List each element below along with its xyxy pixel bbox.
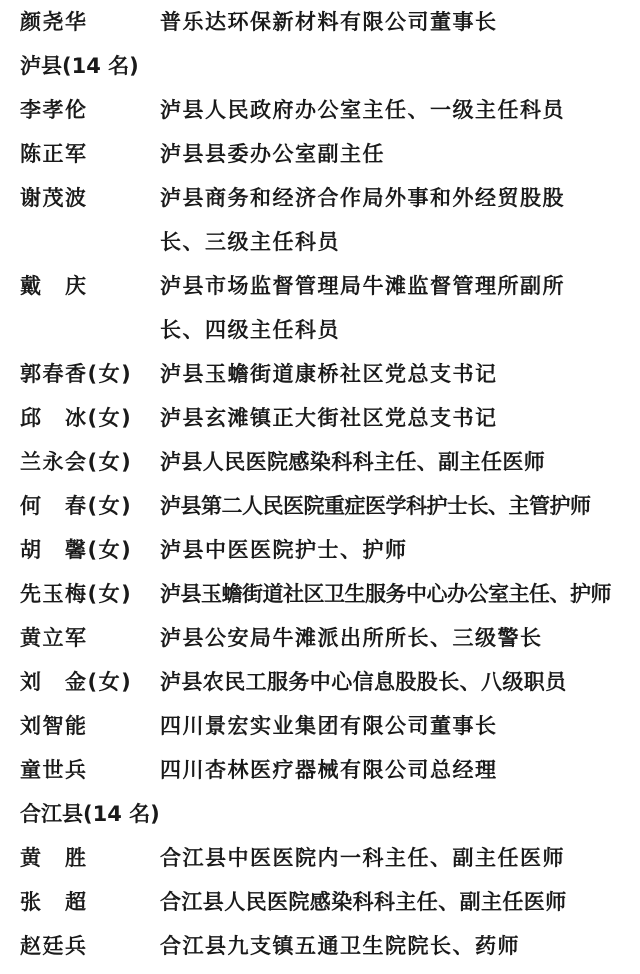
- person-name: 陈正军: [20, 132, 160, 176]
- list-entry: 先玉梅(女) 泸县玉蟾街道社区卫生服务中心办公室主任、护师: [0, 572, 640, 616]
- honoree-list-document: 颜尧华 普乐达环保新材料有限公司董事长 泸县(14 名) 李孝伦 泸县人民政府办…: [0, 0, 640, 968]
- person-name: 胡 馨(女): [20, 528, 160, 572]
- list-entry: 邱 冰(女) 泸县玄滩镇正大街社区党总支书记: [0, 396, 640, 440]
- person-title: 泸县玄滩镇正大街社区党总支书记: [160, 396, 640, 440]
- person-name: 兰永会(女): [20, 440, 160, 484]
- person-title: 合江县中医医院内一科主任、副主任医师: [160, 836, 640, 880]
- person-title-continued: 长、四级主任科员: [160, 308, 640, 352]
- list-entry: 张 超 合江县人民医院感染科科主任、副主任医师: [0, 880, 640, 924]
- person-name: 刘智能: [20, 704, 160, 748]
- person-name: 何 春(女): [20, 484, 160, 528]
- person-title: 泸县人民政府办公室主任、一级主任科员: [160, 88, 640, 132]
- list-entry-continuation: 长、四级主任科员: [0, 308, 640, 352]
- person-name: 先玉梅(女): [20, 572, 160, 616]
- person-title: 泸县公安局牛滩派出所所长、三级警长: [160, 616, 640, 660]
- person-name: 郭春香(女): [20, 352, 160, 396]
- person-title: 泸县第二人民医院重症医学科护士长、主管护师: [160, 484, 640, 528]
- person-name: 邱 冰(女): [20, 396, 160, 440]
- person-title: 四川杏林医疗器械有限公司总经理: [160, 748, 640, 792]
- list-entry: 童世兵 四川杏林医疗器械有限公司总经理: [0, 748, 640, 792]
- person-title: 泸县市场监督管理局牛滩监督管理所副所: [160, 264, 640, 308]
- person-name: 谢茂波: [20, 176, 160, 220]
- person-title: 泸县农民工服务中心信息股股长、八级职员: [160, 660, 640, 704]
- list-entry: 黄立军 泸县公安局牛滩派出所所长、三级警长: [0, 616, 640, 660]
- person-title: 四川景宏实业集团有限公司董事长: [160, 704, 640, 748]
- person-name: 颜尧华: [20, 0, 160, 44]
- person-name: 张 超: [20, 880, 160, 924]
- list-entry: 何 春(女) 泸县第二人民医院重症医学科护士长、主管护师: [0, 484, 640, 528]
- person-title: 泸县玉蟾街道社区卫生服务中心办公室主任、护师: [160, 572, 640, 616]
- list-entry-continuation: 长、三级主任科员: [0, 220, 640, 264]
- person-name: 童世兵: [20, 748, 160, 792]
- list-entry: 谢茂波 泸县商务和经济合作局外事和外经贸股股: [0, 176, 640, 220]
- list-entry: 李孝伦 泸县人民政府办公室主任、一级主任科员: [0, 88, 640, 132]
- section-heading-hejiang: 合江县(14 名): [0, 792, 640, 836]
- person-title: 泸县商务和经济合作局外事和外经贸股股: [160, 176, 640, 220]
- person-title: 泸县中医医院护士、护师: [160, 528, 640, 572]
- list-entry: 颜尧华 普乐达环保新材料有限公司董事长: [0, 0, 640, 44]
- person-title: 泸县玉蟾街道康桥社区党总支书记: [160, 352, 640, 396]
- person-title: 泸县县委办公室副主任: [160, 132, 640, 176]
- person-name: 黄立军: [20, 616, 160, 660]
- person-name: 黄 胜: [20, 836, 160, 880]
- person-title: 合江县人民医院感染科科主任、副主任医师: [160, 880, 640, 924]
- person-name: 戴 庆: [20, 264, 160, 308]
- person-title: 泸县人民医院感染科科主任、副主任医师: [160, 440, 640, 484]
- list-entry: 郭春香(女) 泸县玉蟾街道康桥社区党总支书记: [0, 352, 640, 396]
- section-heading-luxian: 泸县(14 名): [0, 44, 640, 88]
- list-entry: 刘 金(女) 泸县农民工服务中心信息股股长、八级职员: [0, 660, 640, 704]
- list-entry: 黄 胜 合江县中医医院内一科主任、副主任医师: [0, 836, 640, 880]
- list-entry: 陈正军 泸县县委办公室副主任: [0, 132, 640, 176]
- list-entry: 兰永会(女) 泸县人民医院感染科科主任、副主任医师: [0, 440, 640, 484]
- person-title: 合江县九支镇五通卫生院院长、药师: [160, 924, 640, 968]
- person-title: 普乐达环保新材料有限公司董事长: [160, 0, 640, 44]
- person-title-continued: 长、三级主任科员: [160, 220, 640, 264]
- person-name: 刘 金(女): [20, 660, 160, 704]
- list-entry: 赵廷兵 合江县九支镇五通卫生院院长、药师: [0, 924, 640, 968]
- list-entry: 胡 馨(女) 泸县中医医院护士、护师: [0, 528, 640, 572]
- list-entry: 戴 庆 泸县市场监督管理局牛滩监督管理所副所: [0, 264, 640, 308]
- person-name: 赵廷兵: [20, 924, 160, 968]
- person-name: 李孝伦: [20, 88, 160, 132]
- list-entry: 刘智能 四川景宏实业集团有限公司董事长: [0, 704, 640, 748]
